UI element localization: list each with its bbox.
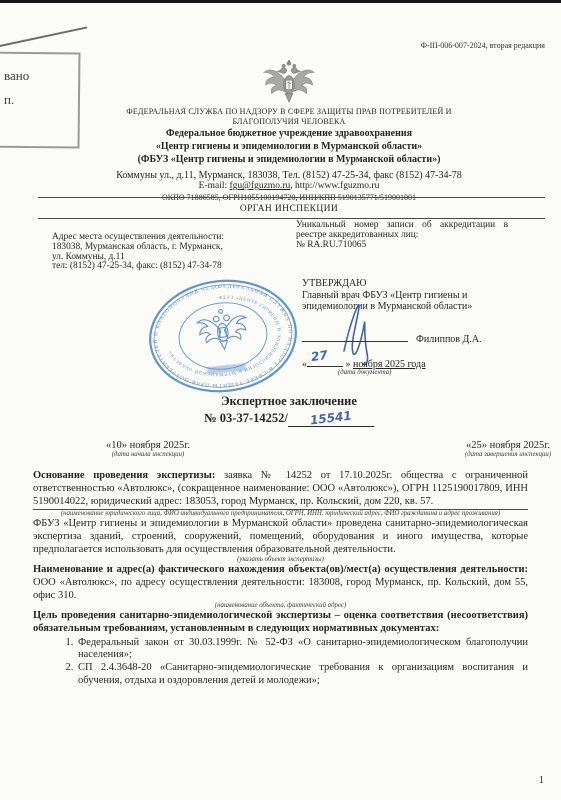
document-body: Основание проведения экспертизы: заявка … bbox=[33, 470, 528, 688]
expertise-paragraph: ФБУЗ «Центр гигиены и эпидемиологии в Му… bbox=[33, 518, 528, 556]
signature-line bbox=[302, 330, 408, 342]
document-number: № 03-37-14252/15541 bbox=[33, 411, 545, 427]
signature-row: Филиппов Д.А. bbox=[302, 330, 542, 345]
approver-name: Филиппов Д.А. bbox=[416, 334, 482, 345]
inspection-end-date: «25» ноября 2025г. bbox=[423, 440, 561, 451]
inspection-end-date-block: «25» ноября 2025г. (дата завершения инсп… bbox=[423, 440, 561, 458]
approve-word: УТВЕРЖДАЮ bbox=[302, 278, 540, 290]
website-text: , http://www.fguzmo.ru bbox=[290, 181, 379, 191]
round-blue-stamp: ФЕДЕРАЛЬНАЯ СЛУЖБА ПО НАДЗОРУ В СФЕРЕ ЗА… bbox=[141, 271, 304, 400]
document-header: ФЕДЕРАЛЬНАЯ СЛУЖБА ПО НАДЗОРУ В СФЕРЕ ЗА… bbox=[33, 60, 545, 202]
org-address-line: Коммуны ул., д.11, Мурманск, 183038, Тел… bbox=[33, 170, 545, 182]
activity-address-line3: тел: (8152) 47-25-34, факс: (8152) 47-34… bbox=[52, 262, 292, 272]
inspection-start-caption: (дата начала инспекции) bbox=[63, 451, 233, 458]
number-blank: 15541 bbox=[288, 411, 374, 427]
accreditation-block: Уникальный номер записи об аккредитации … bbox=[296, 221, 508, 250]
list-item: Федеральный закон от 30.03.1999г. № 52-Ф… bbox=[76, 637, 528, 663]
inspection-start-date-block: «10» ноября 2025г. (дата начала инспекци… bbox=[63, 440, 233, 458]
regulatory-documents-list: Федеральный закон от 30.03.1999г. № 52-Ф… bbox=[33, 637, 528, 688]
divider bbox=[38, 218, 545, 219]
divider bbox=[38, 197, 545, 198]
pen-mark bbox=[0, 26, 87, 47]
object-text: ООО «Автолюкс», по адресу осуществления … bbox=[33, 577, 528, 601]
inspection-start-date: «10» ноября 2025г. bbox=[63, 440, 233, 451]
day-blank: 27 bbox=[307, 355, 343, 367]
org-name: «Центр гигиены и эпидемиологии в Мурманс… bbox=[33, 140, 545, 153]
document-title: Экспертное заключение bbox=[33, 394, 545, 409]
document-title-block: Экспертное заключение № 03-37-14252/1554… bbox=[33, 394, 545, 427]
service-name-line1: ФЕДЕРАЛЬНАЯ СЛУЖБА ПО НАДЗОРУ В СФЕРЕ ЗА… bbox=[33, 107, 545, 117]
basis-label: Основание проведения экспертизы: bbox=[33, 470, 215, 481]
page-number: 1 bbox=[539, 775, 544, 786]
scan-edge-line bbox=[0, 0, 561, 3]
section-organ-inspection: ОРГАН ИНСПЕКЦИИ bbox=[33, 204, 545, 214]
service-name-line2: БЛАГОПОЛУЧИЯ ЧЕЛОВЕКА bbox=[33, 117, 545, 127]
activity-address-block: Адрес места осуществления деятельности: … bbox=[52, 233, 292, 272]
approval-date-row: «27 » ноября 2025 года bbox=[302, 355, 426, 370]
email-link: fgu@fguzmo.ru bbox=[230, 181, 291, 191]
form-code: Ф-III-006-007-2024, вторая редакция bbox=[421, 41, 545, 50]
object-paragraph: Наименование и адрес(а) фактического нах… bbox=[33, 564, 528, 602]
expertise-caption: (указать объект экспертизы) bbox=[33, 556, 528, 564]
object-caption: (наименование объекта, фактический адрес… bbox=[33, 602, 528, 610]
basis-caption: (наименование юридического лица, ФИО инд… bbox=[33, 510, 528, 518]
object-label: Наименование и адрес(а) фактического нах… bbox=[33, 564, 528, 575]
coat-of-arms-eagle-icon bbox=[260, 60, 318, 104]
org-contacts-line: E-mail: fgu@fguzmo.ru, http://www.fguzmo… bbox=[33, 181, 545, 192]
basis-paragraph: Основание проведения экспертизы: заявка … bbox=[33, 470, 528, 508]
email-label: E-mail: bbox=[199, 181, 230, 191]
document-number-prefix: № 03-37-14252/ bbox=[204, 411, 288, 425]
handwritten-number: 15541 bbox=[309, 409, 352, 428]
org-type: Федеральное бюджетное учреждение здравоо… bbox=[33, 127, 545, 140]
inspection-end-caption: (дата завершения инспекции) bbox=[423, 451, 561, 458]
purpose-paragraph: Цель проведения санитарно-эпидемиологиче… bbox=[33, 610, 528, 636]
clipped-stamp-text: п. bbox=[4, 92, 14, 108]
list-item: СП 2.4.3648-20 «Санитарно-эпидемиологиче… bbox=[76, 662, 528, 688]
org-short-name: (ФБУЗ «Центр гигиены и эпидемиологии в М… bbox=[33, 153, 545, 166]
handwritten-day: 27 bbox=[310, 348, 328, 364]
clipped-stamp-text: вано bbox=[4, 68, 29, 84]
accreditation-number: № RA.RU.710065 bbox=[296, 241, 508, 251]
date-caption: (дата документа) bbox=[338, 369, 391, 376]
accreditation-text: Уникальный номер записи об аккредитации … bbox=[296, 221, 508, 241]
scanned-document-page: вано п. Ф-III-006-007-2024, вторая редак… bbox=[0, 0, 561, 800]
